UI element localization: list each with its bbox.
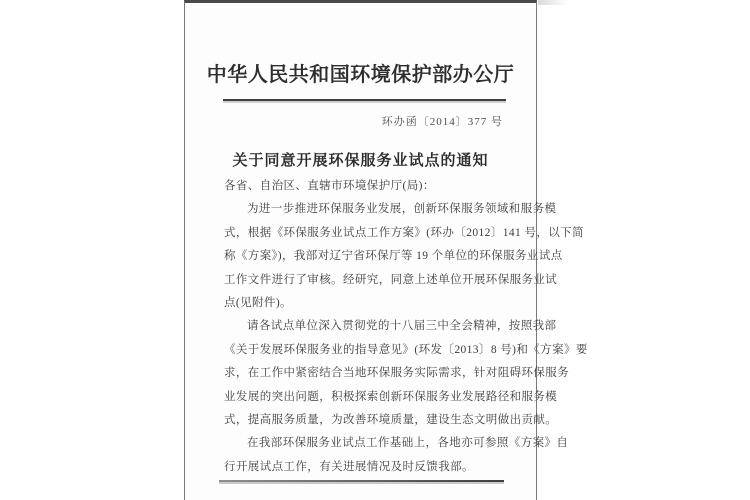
footer-divider — [219, 480, 504, 484]
header-divider — [223, 99, 506, 103]
body-line: 业发展的突出问题，积极探索创新环保服务业发展路径和服务模 — [224, 386, 508, 409]
document-number: 环办函〔2014〕377 号 — [382, 113, 503, 129]
body-line: 在我部环保服务业试点工作基础上，各地亦可参照《方案》自 — [224, 432, 508, 455]
issuing-agency-title: 中华人民共和国环境保护部办公厅 — [185, 58, 536, 87]
body-line: 各省、自治区、直辖市环境保护厅(局)： — [224, 175, 508, 198]
document-title: 关于同意开展环保服务业试点的通知 — [185, 149, 536, 170]
body-line: 为进一步推进环保服务业发展，创新环保服务领域和服务模 — [224, 198, 508, 221]
body-line: 点(见附件)。 — [224, 292, 508, 315]
document-body: 各省、自治区、直辖市环境保护厅(局)：为进一步推进环保服务业发展，创新环保服务领… — [224, 175, 508, 479]
document-page: 中华人民共和国环境保护部办公厅 环办函〔2014〕377 号 关于同意开展环保服… — [184, 0, 537, 500]
scan-edge-artifact — [538, 0, 568, 5]
body-line: 《关于发展环保服务业的指导意见》(环发〔2013〕8 号)和《方案》要 — [224, 339, 508, 362]
body-line: 式，提高服务质量，为改善环境质量，建设生态文明做出贡献。 — [224, 409, 508, 432]
body-line: 行开展试点工作，有关进展情况及时反馈我部。 — [224, 456, 508, 479]
body-line: 求，在工作中紧密结合当地环保服务实际需求，针对阻碍环保服务 — [224, 362, 508, 385]
body-line: 称《方案》)，我部对辽宁省环保厅等 19 个单位的环保服务业试点 — [224, 245, 508, 268]
body-line: 请各试点单位深入贯彻党的十八届三中全会精神，按照我部 — [224, 315, 508, 338]
body-line: 工作文件进行了审核。经研究，同意上述单位开展环保服务业试 — [224, 269, 508, 292]
body-line: 式，根据《环保服务业试点工作方案》(环办〔2012〕141 号，以下简 — [224, 222, 508, 245]
